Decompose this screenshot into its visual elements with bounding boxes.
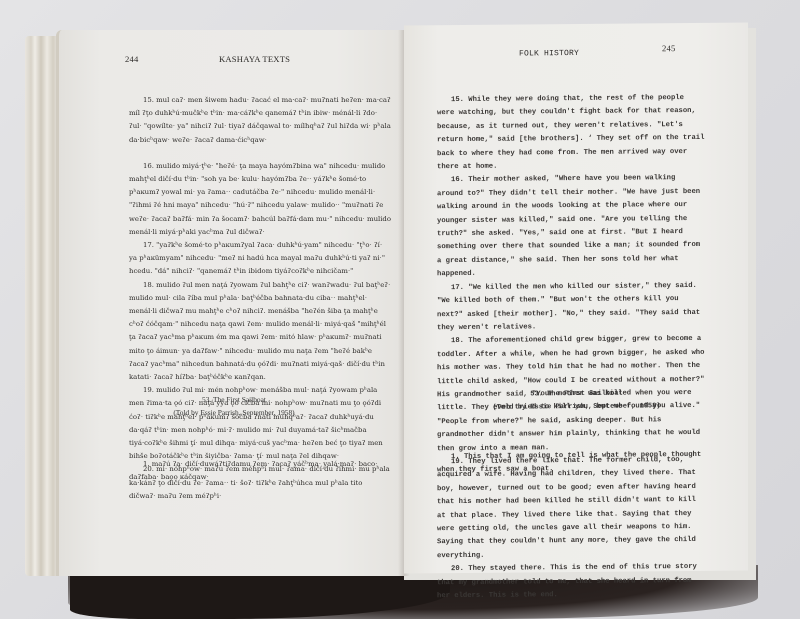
right-running-head: FOLK HISTORY: [519, 49, 579, 59]
story-title: 53. The First Sailboat: [99, 394, 369, 407]
paragraph-16: 16. mulido miyá·ţʰeˑ "heʔéˑ ţa maya hayó…: [129, 160, 391, 239]
story-attribution: (Told by Essie Parrish, September, 1958): [99, 407, 369, 420]
right-page-body: 15. While they were doing that, the rest…: [437, 92, 705, 604]
right-page-number: 245: [662, 43, 676, 53]
left-page-number: 244: [125, 54, 139, 64]
paragraph-17: 17. "We killed the men who killed our si…: [437, 280, 705, 336]
paragraph-17: 17. "yaʔkʰe šomé·to pʰaĸumʔyal ʔacaˑ duh…: [129, 239, 391, 279]
story-paragraph-1: 1. maʔú ʔaˑ dičí·duwáʔtiʔdamu ʔemˑ ʔacaʔ…: [129, 458, 391, 484]
left-page-body: 15. mul caʔˑ men šiwem haduˑ ʔacać el ma…: [129, 94, 391, 503]
story-attribution: (Told by Essie Parrish, September, 1958): [434, 399, 719, 414]
right-story-body: 1. This that I am going to tell is what …: [437, 449, 705, 478]
left-story-heading: 53. The First Sailboat (Told by Essie Pa…: [99, 394, 369, 419]
right-page: FOLK HISTORY 245 15. While they were doi…: [404, 22, 748, 573]
left-story-body: 1. maʔú ʔaˑ dičí·duwáʔtiʔdamu ʔemˑ ʔacaʔ…: [129, 458, 391, 484]
paragraph-18: 18. mulido ʔul men naţá ʔyowam ʔul bahţʰ…: [129, 279, 391, 385]
paragraph-15: 15. mul caʔˑ men šiwem haduˑ ʔacać el ma…: [129, 94, 391, 147]
right-story-heading: 53. The First Sailboat (Told by Essie Pa…: [434, 387, 719, 414]
paragraph-20: 20. They stayed there. This is the end o…: [437, 561, 705, 604]
paragraph-15: 15. While they were doing that, the rest…: [437, 92, 705, 175]
left-running-head: KASHAYA TEXTS: [219, 54, 290, 64]
left-page: 244 KASHAYA TEXTS 15. mul caʔˑ men šiwem…: [56, 30, 405, 576]
story-paragraph-1: 1. This that I am going to tell is what …: [437, 449, 705, 478]
paragraph-16: 16. Their mother asked, "Where have you …: [437, 172, 705, 282]
